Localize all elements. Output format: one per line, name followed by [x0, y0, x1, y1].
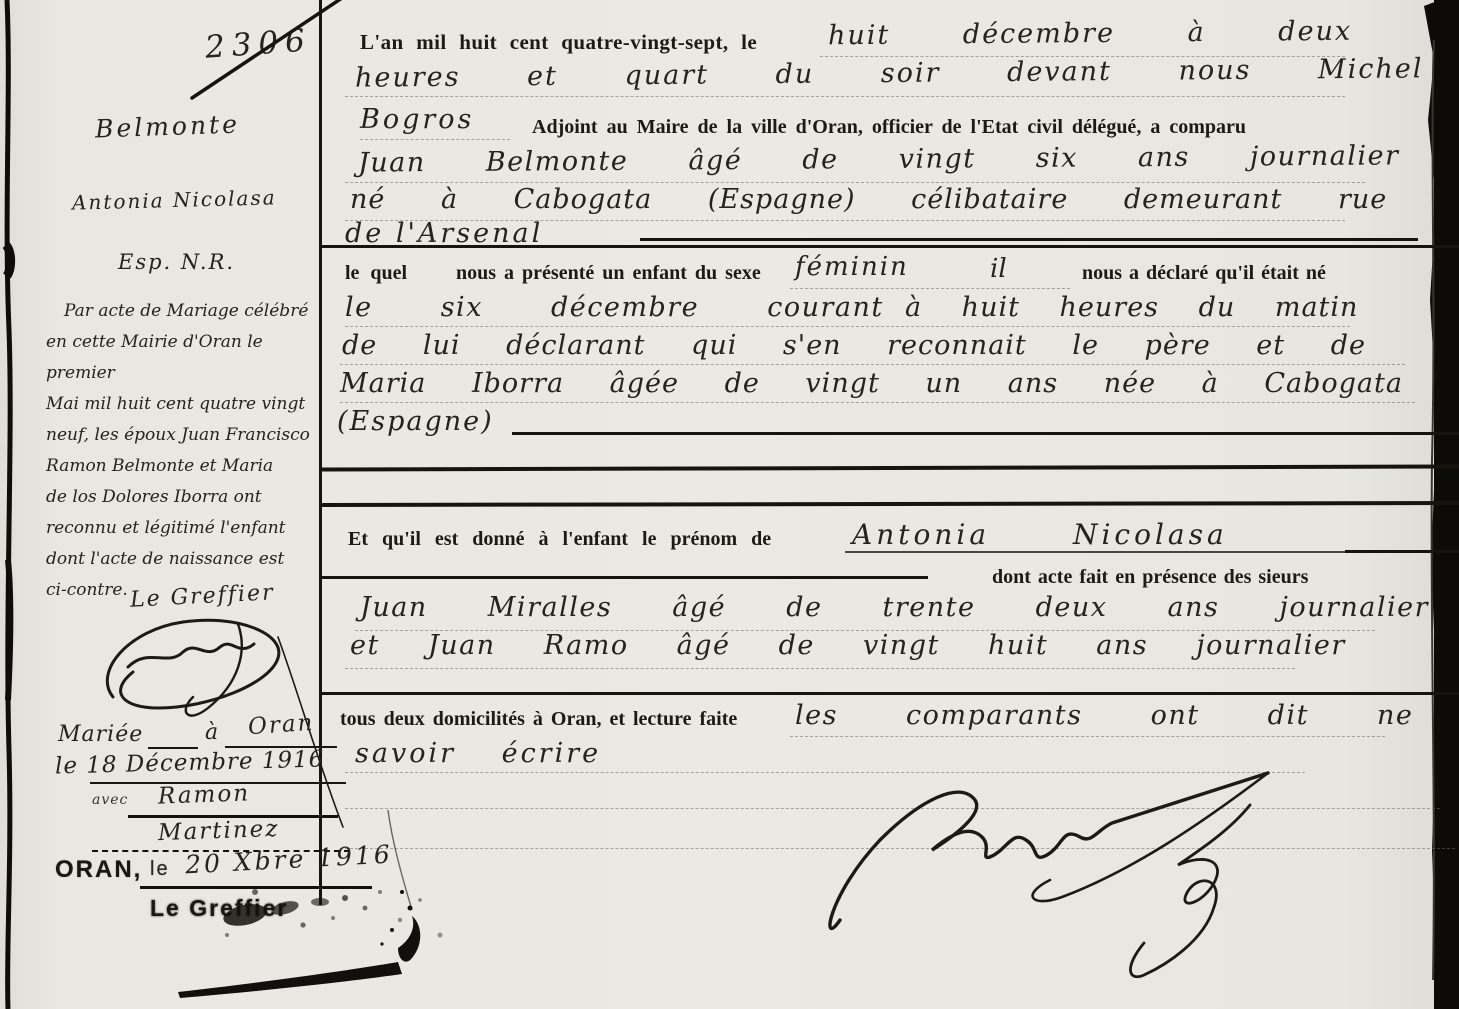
guide-line [340, 364, 1405, 365]
act-line4-handwritten: Juan Belmonte âgé de vingt six ans journ… [358, 140, 1400, 178]
act-line7-handwritten-a: féminin [795, 252, 909, 282]
marriage-note-spouse-first: Ramon [158, 780, 251, 809]
act-line11-handwritten: (Espagne) [337, 406, 494, 437]
act-line16-printed: tous deux domicilités à Oran, et lecture… [340, 708, 737, 731]
legitimation-note-line: reconnu et légitimé l'enfant [46, 513, 336, 544]
act-line17-handwritten: savoir écrire [355, 738, 601, 769]
marriage-note-prep: à [205, 720, 218, 745]
margin-esp-note: Esp. N.R. [118, 250, 235, 274]
legitimation-note-line: dont l'acte de naissance est [46, 544, 336, 575]
act-line7-printed-b: nous a présenté un enfant du sexe [456, 262, 761, 285]
stamp-city: ORAN, [55, 856, 142, 884]
act-line2-handwritten: heures et quart du soir devant nous Mich… [355, 53, 1424, 93]
guide-line [345, 182, 1365, 183]
act-line3-printed: Adjoint au Maire de la ville d'Oran, off… [532, 116, 1246, 139]
section-rule-2 [320, 465, 1459, 472]
act-line16-handwritten: les comparants ont dit ne [795, 700, 1413, 731]
act-line8-handwritten-a: le six décembre courant [345, 292, 884, 323]
underline-espagne [512, 432, 1459, 435]
ink-blot [160, 900, 640, 1009]
legitimation-note-line: de los Dolores Iborra ont [46, 482, 336, 513]
act-line13-printed: dont acte fait en présence des sieurs [992, 566, 1308, 589]
act-line6-handwritten: de l'Arsenal [345, 218, 543, 249]
margin-legitimation-note: Par acte de Mariage célébré en cette Mai… [46, 296, 336, 606]
act-line14-handwritten: Juan Miralles âgé de trente deux ans jou… [360, 592, 1429, 623]
officiant-signature [810, 745, 1330, 985]
guide-line [360, 139, 510, 140]
section-rule-5 [320, 692, 1459, 695]
act-line7-handwritten-b: il [990, 254, 1007, 284]
act-line7-printed-a: le quel [345, 262, 407, 285]
underline-arsenal [640, 238, 1418, 241]
guide-line [345, 326, 1350, 327]
legitimation-note-line: neuf, les époux Juan Francisco [46, 420, 336, 451]
marriage-note-underline-1a [148, 747, 198, 749]
scanned-birth-act-page: L'an mil huit cent quatre-vingt-sept, le… [0, 0, 1459, 1009]
act-line12-handwritten: Antonia Nicolasa [852, 518, 1228, 551]
guide-line [790, 288, 1070, 289]
act-line8-handwritten-b: à huit heures du matin [905, 292, 1358, 323]
act-line7-printed-c: nous a déclaré qu'il était né [1082, 262, 1326, 285]
marriage-note-place: Oran [247, 710, 315, 741]
section-rule-4 [320, 576, 928, 579]
act-line1-handwritten: huit décembre à deux [828, 16, 1352, 52]
underline-prenom [845, 551, 1345, 553]
stamp-date-handwritten: 20 Xbre 1916 [184, 840, 393, 880]
guide-line [345, 96, 1345, 97]
stamp-le: le [150, 858, 170, 881]
guide-line [345, 668, 1295, 669]
act-line12-printed: Et qu'il est donné à l'enfant le prénom … [348, 528, 771, 551]
section-rule-3 [320, 501, 1459, 507]
act-line9-handwritten: de lui déclarant qui s'en reconnait le p… [342, 330, 1366, 361]
underline-prenom-end [1345, 550, 1459, 553]
guide-line [790, 736, 1385, 737]
legitimation-note-line: Ramon Belmonte et Maria [46, 451, 336, 482]
legitimation-note-line: Mai mil huit cent quatre vingt [46, 389, 336, 420]
marriage-note-prep2: avec [92, 792, 128, 808]
left-binding-edge [0, 0, 30, 1009]
marriage-note-spouse-last: Martinez [158, 816, 280, 846]
act-line5-handwritten: né à Cabogata (Espagne) célibataire deme… [350, 184, 1387, 215]
act-line1-printed: L'an mil huit cent quatre-vingt-sept, le [360, 30, 757, 55]
margin-surname: Belmonte [95, 109, 241, 143]
act-line15-handwritten: et Juan Ramo âgé de vingt huit ans journ… [350, 630, 1346, 661]
legitimation-note-line: Par acte de Mariage célébré [46, 296, 336, 327]
act-number-flourish-stroke [180, 0, 350, 106]
marriage-note-word: Mariée [58, 722, 143, 747]
legitimation-note-line: en cette Mairie d'Oran le premier [46, 327, 336, 389]
guide-line [340, 402, 1415, 403]
act-line3-handwritten: Bogros [360, 104, 474, 135]
marriage-note-date: le 18 Décembre 1916 [55, 746, 325, 779]
act-line10-handwritten: Maria Iborra âgée de vingt un ans née à … [340, 368, 1403, 399]
margin-given-names: Antonia Nicolasa [72, 185, 277, 214]
